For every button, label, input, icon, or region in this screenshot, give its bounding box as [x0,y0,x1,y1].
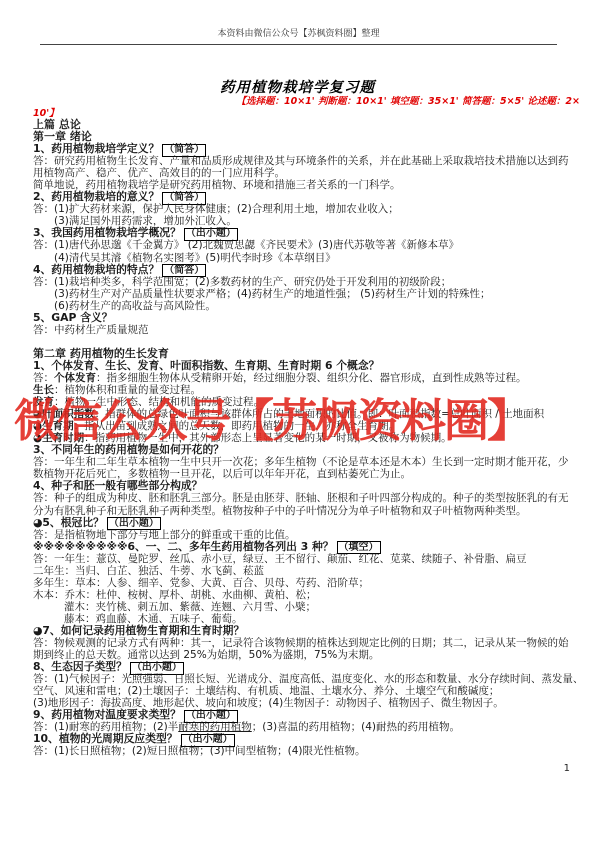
text-run: 二年生：当归、白芷、独活、牛蒡、水飞蓟、菘蓝 [33,565,264,577]
text-run: 分为有胚乳种子和无胚乳种子两种类型。植物按种子中的子叶情况分为单子叶植物和双子叶… [33,505,527,517]
exam-score-note-line1: 【选择题：10×1' 判断题：10×1' 填空题：35×1' 简答题：5×5' … [33,96,580,108]
text-run: ：指多细胞生物体从受精卵开始，经过细胞分裂、组织分化、器官形成，直到性成熟等过程… [96,372,527,384]
text-run: ◕生育期 [33,420,74,432]
text-run: 灌木：夹竹桃、刺五加、紫薇、连翘、六月雪、小檗； [64,601,316,613]
section-heading: 上篇 总论 [33,119,565,131]
answer-line: 答：种子的组成为种皮、胚和胚乳三部分。胚是由胚芽、胚轴、胚根和子叶四部分构成的。… [33,492,565,504]
answer-line: 答：(1)气候因子：光照强弱、日照长短、光谱成分、温度高低、温度变化、水的形态和… [33,673,565,685]
text-run: 3、不同年生的药用植物是如何开花的？ [33,443,224,456]
text-run: 第二章 药用植物的生长发育 [33,347,169,360]
answer-line: 答：(1)唐代孙思邈《千金翼方》 (2)北魏贾思勰《齐民要术》(3)唐代苏敬等著… [33,239,565,251]
exam-score-note-line2: 10'】 [33,108,580,120]
text-run: 耐寒的药用植物 [178,721,252,733]
answer-line: 答：一年生：薏苡、曼陀罗、丝瓜、赤小豆，绿豆、王不留行、颠茄、红花、苋菜、续随子… [33,553,565,565]
text-run: 答：(1)栽培种类多，科学范围宽；(2)多数药材的生产、研究仍处于开发利用的初级… [33,276,451,288]
text-run: 5、GAP 含义？ [33,311,113,324]
document-title: 药用植物栽培学复习题 [0,76,595,97]
exam-score-note: 【选择题：10×1' 判断题：10×1' 填空题：35×1' 简答题：5×5' … [33,96,580,119]
answer-line: 发育：植物一生中形态、结构和机能的质变过程。 [33,396,565,408]
answer-line: 空气、风速和雷电；(2)土壤因子：土壤结构、有机质、地温、土壤水分、养分、土壤空… [33,685,565,697]
text-run: 木本：乔木：杜仲、桉树、厚朴、胡桃、水曲柳、黄柏、松； [33,589,317,601]
answer-line: (6)药材生产的高收益与高风险性。 [33,300,565,312]
question-heading: 3、我国药用植物栽培学概况？（出小题） [33,227,565,239]
question-heading: 5、GAP 含义？ [33,312,565,324]
text-run: 多年生：草本：人参、细辛、党参、大黄、百合、贝母、芍药、沿阶草； [33,577,369,589]
text-run: 答：(1)气候因子：光照强弱、日照长短、光谱成分、温度高低、温度变化、水的形态和… [33,673,583,685]
answer-line: 用植物高产、稳产、优产、高效目的的一门应用科学。 [33,167,565,179]
text-run: ；(3)喜温的药用植物；(4)耐热的药用植物。 [252,721,460,733]
question-heading: ◕7、如何记录药用植物生育期和生育时期？ [33,625,565,637]
page-header: 本资料由微信公众号【苏枫资料圈】整理 [40,26,557,45]
answer-line: 答：一年生和二年生草本植物一生中只开一次花；多年生植物（不论是草本还是木本）生长… [33,456,565,468]
answer-line: 二年生：当归、白芷、独活、牛蒡、水飞蓟、菘蓝 [33,565,565,577]
answer-line: ◕生育期：指从出苗到成熟之间的总天数，即药用植物的一生，亦称全生育期。 [33,420,565,432]
answer-line: 答：研究药用植物生长发育、产量和品质形成规律及其与环境条件的关系，并在此基础上采… [33,155,565,167]
text-run: 4、药用植物栽培的特点？ [33,263,159,276]
text-run: 8、生态因子类型？ [33,660,127,673]
question-heading: 1、个体发育、生长、发育、叶面积指数、生育期、生育时期 6 个概念？ [33,360,565,372]
answer-line: (3)药材生产对产品质量性状要求严格；(4)药材生产的地道性强； (5)药材生产… [33,288,565,300]
page-number: 1 [564,763,570,774]
text-run: 答：中药材生产质量规范 [33,324,149,336]
answer-line: 答：(1)栽培种类多，科学范围宽；(2)多数药材的生产、研究仍处于开发利用的初级… [33,276,565,288]
answer-line: 答：(1)扩大药材来源，保护人民身体健康；(2)合理利用土地，增加农业收入； [33,203,565,215]
question-heading: 1、药用植物栽培学定义？（简答） [33,143,565,155]
answer-line: 生长：植物体积和重量的量变过程。 [33,384,565,396]
text-run: 用植物高产、稳产、优产、高效目的的一门应用科学。 [33,167,285,179]
answer-line: 答：中药材生产质量规范 [33,324,565,336]
text-run: 空气、风速和雷电；(2)土壤因子：土壤结构、有机质、地温、土壤水分、养分、土壤空… [33,685,499,697]
answer-line: 分为有胚乳种子和无胚乳种子两种类型。植物按种子中的子叶情况分为单子叶植物和双子叶… [33,505,565,517]
text-run: 答：一年生和二年生草本植物一生中只开一次花；多年生植物（不论是草本还是木本）生长… [33,456,569,468]
text-run: 答：(1)扩大药材来源，保护人民身体健康；(2)合理利用土地，增加农业收入； [33,203,399,215]
answer-line: 多年生：草本：人参、细辛、党参、大黄、百合、贝母、芍药、沿阶草； [33,577,565,589]
answer-line: 答：(1)长日照植物；(2)短日照植物；(3)中间型植物；(4)限光性植物。 [33,745,565,757]
text-run: ：植物体积和重量的量变过程。 [54,384,201,396]
document-page: 本资料由微信公众号【苏枫资料圈】整理 药用植物栽培学复习题 【选择题：10×1'… [0,0,595,841]
question-heading: 4、药用植物栽培的特点？（简答） [33,264,565,276]
text-run: ◕5、根冠比？ [33,516,104,529]
question-heading: 8、生态因子类型？（出小题） [33,661,565,673]
text-run: 3、我国药用植物栽培学概况？ [33,226,181,239]
text-run: ◕叶面积指数 [33,408,95,420]
answer-line: 灌木：夹竹桃、刺五加、紫薇、连翘、六月雪、小檗； [33,601,565,613]
text-run: (3)药材生产对产品质量性状要求严格；(4)药材生产的地道性强； (5)药材生产… [54,288,490,300]
question-heading: 9、药用植物对温度要求类型？（出小题） [33,709,565,721]
text-run: ※※※※※※※※※6、一、二、多年生药用植物各列出 3 种？ [33,540,334,553]
text-run: 答：研究药用植物生长发育、产量和品质形成规律及其与环境条件的关系，并在此基础上采… [33,155,569,167]
text-run: ：指群体的总绿色叶面积与该群体所占的土地面积的比值。即：叶面积指数=总叶面积 /… [95,408,545,420]
text-run: 答：一年生：薏苡、曼陀罗、丝瓜、赤小豆，绿豆、王不留行、颠茄、红花、苋菜、续随子… [33,553,527,565]
answer-line: 答：物候观测的记录方式有两种：其一，记录符合该物候期的植株达到规定比例的日期；其… [33,637,565,649]
text-run: 4、种子和胚一般有哪些部分构成？ [33,479,202,492]
text-run: 9、药用植物对温度要求类型？ [33,708,181,721]
question-heading: ◕5、根冠比？（出小题） [33,517,565,529]
text-run: 答：(1)长日照植物；(2)短日照植物；(3)中间型植物；(4)限光性植物。 [33,745,366,757]
document-body: 上篇 总论第一章 绪论1、药用植物栽培学定义？（简答）答：研究药用植物生长发育、… [33,119,565,757]
answer-line: ◕叶面积指数：指群体的总绿色叶面积与该群体所占的土地面积的比值。即：叶面积指数=… [33,408,565,420]
question-heading: 10、植物的光周期反应类型？（出小题） [33,733,565,745]
question-heading: 4、种子和胚一般有哪些部分构成？ [33,480,565,492]
text-run: 10、植物的光周期反应类型？ [33,732,178,745]
text-run: 答：物候观测的记录方式有两种：其一，记录符合该物候期的植株达到规定比例的日期；其… [33,637,569,649]
answer-line: 木本：乔木：杜仲、桉树、厚朴、胡桃、水曲柳、黄柏、松； [33,589,565,601]
question-heading: 3、不同年生的药用植物是如何开花的？ [33,444,565,456]
text-run: 答：种子的组成为种皮、胚和胚乳三部分。胚是由胚芽、胚轴、胚根和子叶四部分构成的。… [33,492,569,504]
text-run: 发育 [33,396,54,408]
text-run: 答： [33,372,54,384]
text-run: ：植物一生中形态、结构和机能的质变过程。 [54,396,264,408]
text-run: ◕7、如何记录药用植物生育期和生育时期？ [33,624,244,637]
text-run: 答：(1)唐代孙思邈《千金翼方》 (2)北魏贾思勰《齐民要术》(3)唐代苏敬等著… [33,239,459,251]
question-heading: ※※※※※※※※※6、一、二、多年生药用植物各列出 3 种？（填空） [33,541,565,553]
text-run: ：指从出苗到成熟之间的总天数，即药用植物的一生，亦称全生育期。 [74,420,400,432]
answer-line: 答：个体发育：指多细胞生物体从受精卵开始，经过细胞分裂、组织分化、器官形成，直到… [33,372,565,384]
text-run: 生长 [33,384,54,396]
text-run: 1、药用植物栽培学定义？ [33,142,159,155]
question-heading: 2、药用植物栽培的意义？（简答） [33,191,565,203]
text-run: 2、药用植物栽培的意义？ [33,190,159,203]
text-run: 1、个体发育、生长、发育、叶面积指数、生育期、生育时期 6 个概念？ [33,359,379,372]
text-run: 个体发育 [54,372,96,384]
